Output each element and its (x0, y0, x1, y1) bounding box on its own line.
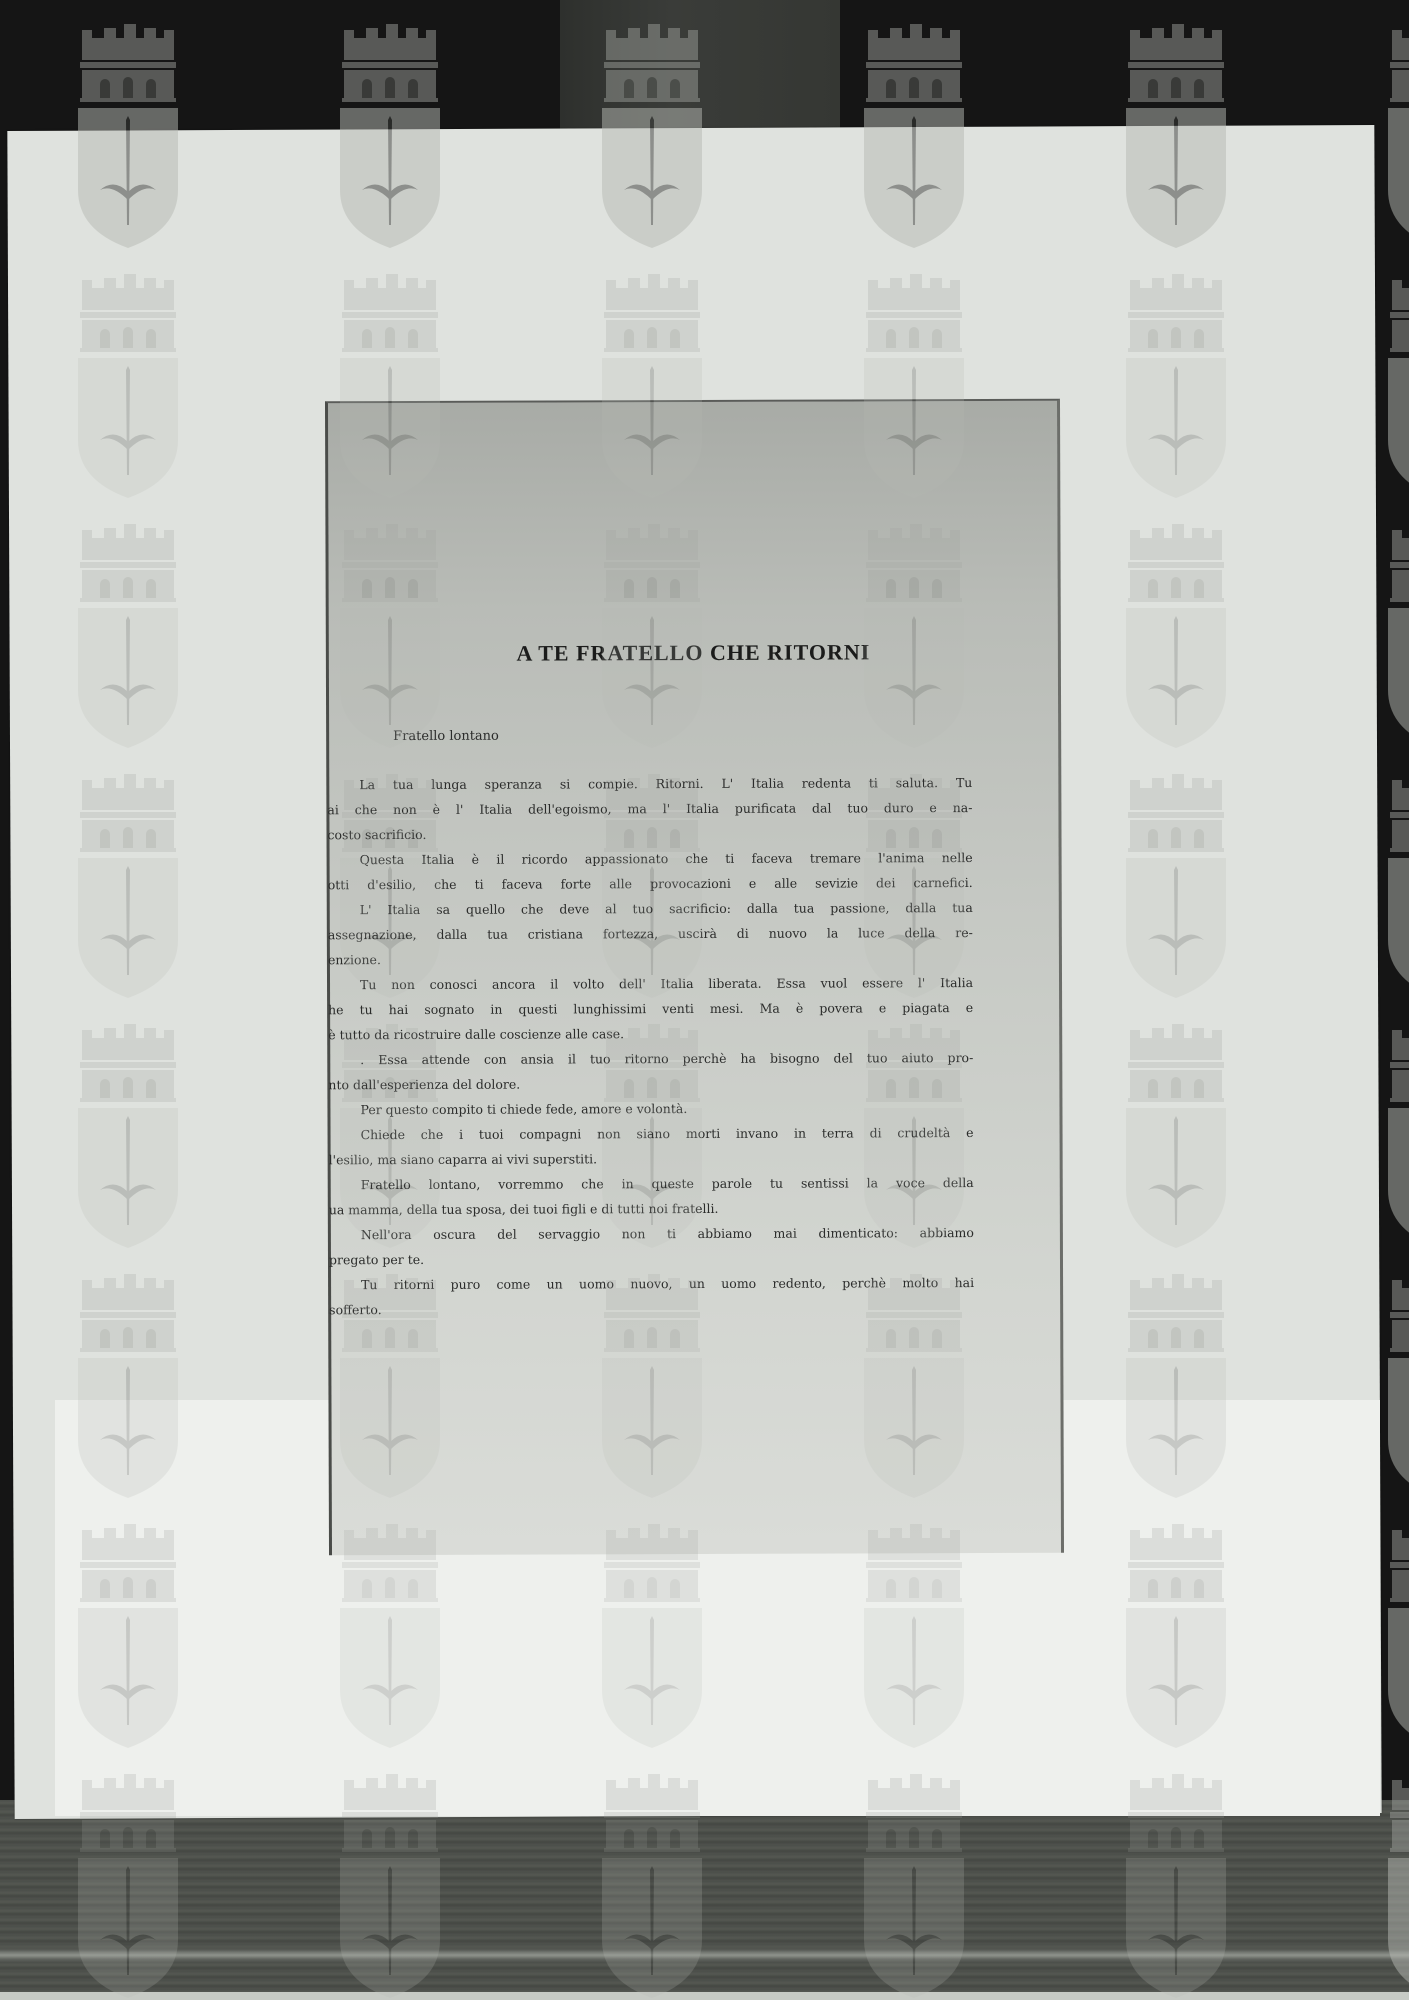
document-line: otti d'esilio, che ti faceva forte alle … (328, 870, 973, 897)
floor-edge (0, 1992, 1409, 2000)
document-line: costo sacrificio. (327, 820, 972, 847)
document-line: Tu non conosci ancora il volto dell' Ita… (328, 970, 973, 997)
document-line: . Essa attende con ansia il tuo ritorno … (328, 1045, 973, 1072)
background-post (560, 0, 840, 140)
document-page: A TE FRATELLO CHE RITORNI Fratello lonta… (325, 399, 1064, 1556)
document-line: he tu hai sognato in questi lunghissimi … (328, 995, 973, 1022)
document-line: L' Italia sa quello che deve al tuo sacr… (328, 895, 973, 922)
document-line: è tutto da ricostruire dalle coscienze a… (328, 1020, 973, 1047)
floor-surface (0, 1800, 1409, 2000)
document-line: enzione. (328, 945, 973, 972)
floor-highlight (0, 1948, 1409, 1962)
document-line: l'esilio, ma siano caparra ai vivi super… (329, 1145, 974, 1172)
document-line: Questa Italia è il ricordo appassionato … (328, 845, 973, 872)
document-line: sofferto. (329, 1295, 974, 1322)
document-line: Tu ritorni puro come un uomo nuovo, un u… (329, 1270, 974, 1297)
document-body: La tua lunga speranza si compie. Ritorni… (327, 770, 974, 1322)
document-salutation: Fratello lontano (393, 729, 499, 744)
document-line: Fratello lontano, vorremmo che in queste… (329, 1170, 974, 1197)
document-line: Nell'ora oscura del servaggio non ti abb… (329, 1220, 974, 1247)
document-line: nto dall'esperienza del dolore. (328, 1070, 973, 1097)
document-line: La tua lunga speranza si compie. Ritorni… (327, 770, 972, 797)
document-line: pregato per te. (329, 1245, 974, 1272)
document-title: A TE FRATELLO CHE RITORNI (329, 639, 1058, 668)
document-line: ai che non è l' Italia dell'egoismo, ma … (327, 795, 972, 822)
document-line: assegnazione, dalla tua cristiana fortez… (328, 920, 973, 947)
document-line: Chiede che i tuoi compagni non siano mor… (329, 1120, 974, 1147)
document-line: ua mamma, della tua sposa, dei tuoi figl… (329, 1195, 974, 1222)
document-line: Per questo compito ti chiede fede, amore… (328, 1095, 973, 1122)
